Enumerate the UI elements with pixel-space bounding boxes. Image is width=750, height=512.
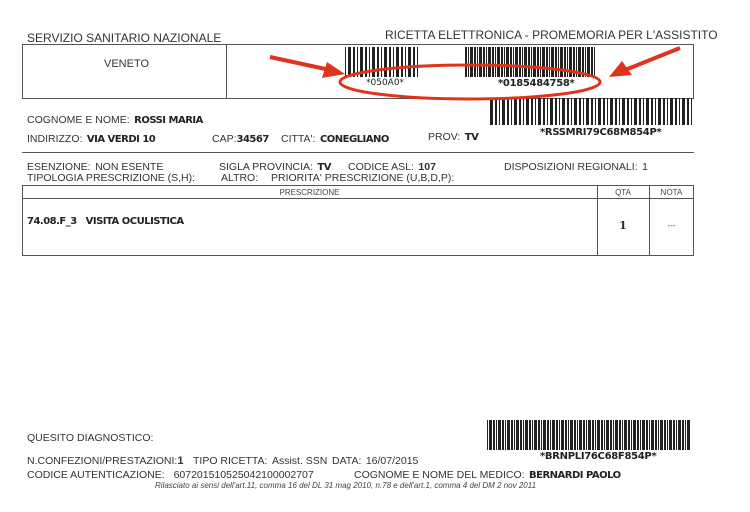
other-label: ALTRO: xyxy=(221,172,258,184)
auth-code-label: CODICE AUTENTICAZIONE: xyxy=(27,469,165,481)
details-top-rule xyxy=(22,152,694,153)
prescription-qty: 1 xyxy=(597,219,649,232)
barcode-doctor xyxy=(487,420,692,450)
prov-label: PROV: xyxy=(428,131,460,143)
prescription-description: VISITA OCULISTICA xyxy=(86,216,184,227)
patient-name-label: COGNOME E NOME: xyxy=(27,114,130,126)
region-name: VENETO xyxy=(104,58,149,70)
doctor-code-text: *BRNPLI76C68F854P* xyxy=(540,451,656,462)
header-divider xyxy=(226,44,227,99)
barcode-recipe-number xyxy=(465,47,595,77)
issuer-title: SERVIZIO SANITARIO NAZIONALE xyxy=(27,31,221,45)
doctor-label: COGNOME E NOME DEL MEDICO: xyxy=(354,469,525,481)
patient-name: ROSSI MARIA xyxy=(134,115,203,126)
barcode-region-text: *050A0* xyxy=(366,78,404,88)
document-title: RICETTA ELETTRONICA - PROMEMORIA PER L'A… xyxy=(385,28,718,42)
address-label: INDIRIZZO: xyxy=(27,133,82,145)
regional: 1 xyxy=(642,161,648,173)
address: VIA VERDI 10 xyxy=(87,134,155,145)
doctor-name: BERNARDI PAOLO xyxy=(529,470,621,481)
patient-name-row: COGNOME E NOME: ROSSI MARIA xyxy=(27,110,203,128)
recipe-number-text: *0185484758* xyxy=(498,78,574,89)
city-row: CITTA': CONEGLIANO xyxy=(281,129,389,147)
barcode-region xyxy=(345,47,420,77)
auth-code: 607201510525042100002707 xyxy=(174,469,314,481)
col-header-note: NOTA xyxy=(649,188,694,197)
barcode-fiscal-code xyxy=(490,98,695,125)
cap: 34567 xyxy=(237,134,269,145)
diagnosis-label: QUESITO DIAGNOSTICO: xyxy=(27,432,153,444)
fiscal-code-text: *RSSMRI79C68M854P* xyxy=(540,127,661,138)
regional-row: DISPOSIZIONI REGIONALI: 1 xyxy=(504,157,648,175)
cap-row: CAP:34567 xyxy=(212,129,269,147)
city: CONEGLIANO xyxy=(320,134,389,145)
cap-label: CAP: xyxy=(212,133,237,145)
table-row: 74.08.F_3 VISITA OCULISTICA xyxy=(27,211,184,229)
legal-note: Rilasciato ai sensi dell'art.11, comma 1… xyxy=(155,481,536,490)
priority-label: PRIORITA' PRESCRIZIONE (U,B,D,P): xyxy=(271,172,454,184)
col-header-qty: QTA xyxy=(597,188,649,197)
prov: TV xyxy=(465,132,479,143)
prescription-type-label: TIPOLOGIA PRESCRIZIONE (S,H): xyxy=(27,172,195,184)
prescription-code: 74.08.F_3 xyxy=(27,216,77,227)
city-label: CITTA': xyxy=(281,133,315,145)
prescription-note: --- xyxy=(649,221,694,230)
col-header-prescription: PRESCRIZIONE xyxy=(22,188,597,197)
regional-label: DISPOSIZIONI REGIONALI: xyxy=(504,161,638,173)
prov-row: PROV: TV xyxy=(428,127,478,145)
table-header-rule xyxy=(22,198,694,199)
patient-address-row: INDIRIZZO: VIA VERDI 10 xyxy=(27,129,155,147)
